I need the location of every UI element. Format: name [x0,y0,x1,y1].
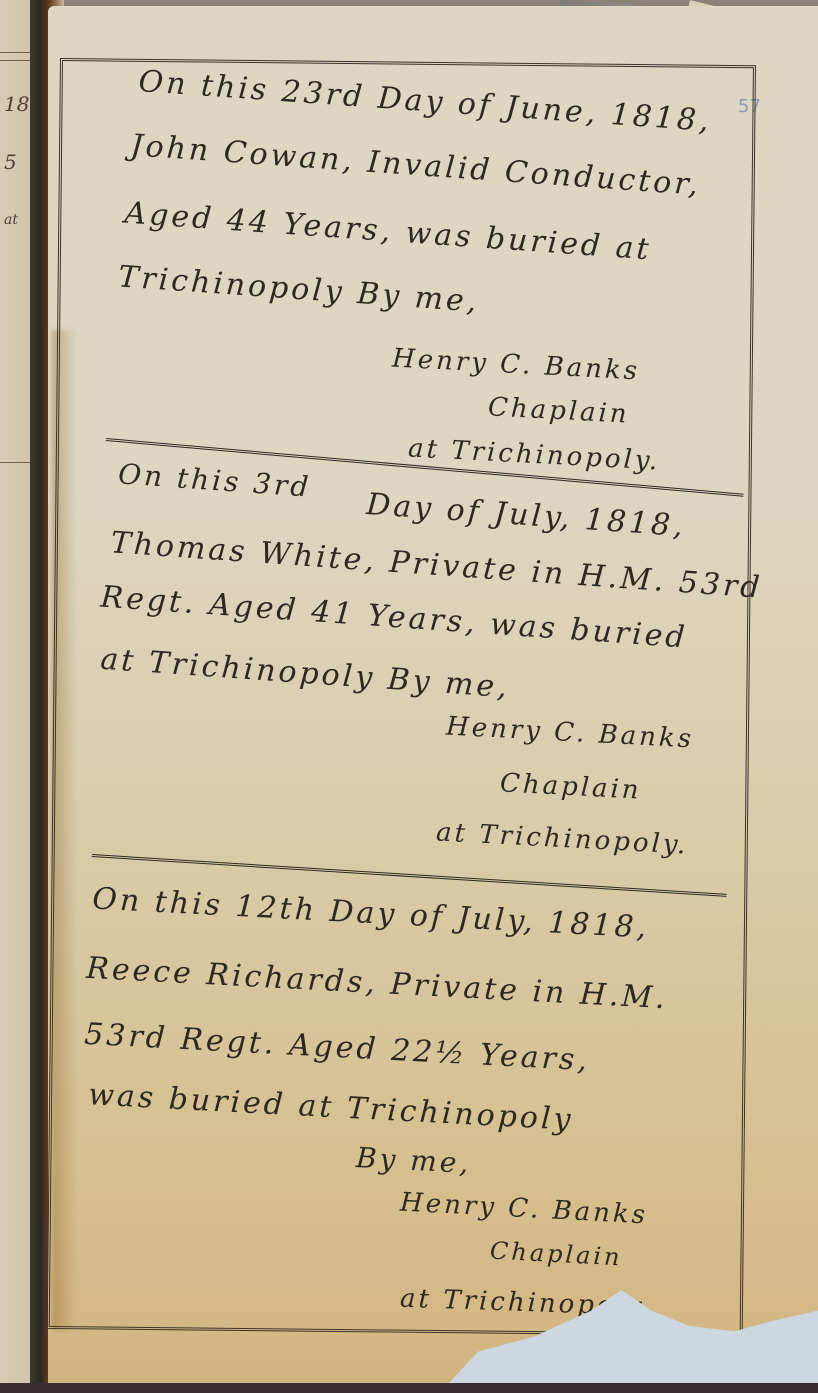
facing-page-fragment: at [4,212,18,228]
facing-page-fragment: 18 [4,92,29,116]
facing-page-fragment: 5 [4,150,17,174]
bottom-edge [0,1383,818,1393]
entry-line: By me, [355,1141,472,1180]
